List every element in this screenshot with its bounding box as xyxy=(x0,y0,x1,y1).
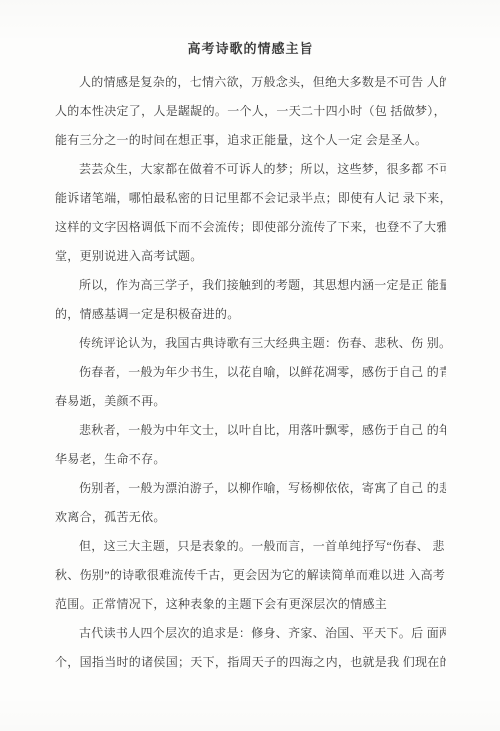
text-line: 能诉诸笔端，哪怕最私密的日记里都不会记录半点；即使有人记 录下来， xyxy=(55,184,446,213)
text-line: 华易老，生命不存。 xyxy=(55,445,446,474)
text-line: 秋、伤别”的诗歌很难流传千古，更会因为它的解读简单而难以进 入高考 xyxy=(55,561,446,590)
document-title: 高考诗歌的情感主旨 xyxy=(55,34,446,63)
text-line: 芸芸众生，大家都在做着不可诉人的梦；所以，这些梦，很多都 不可 xyxy=(55,155,446,184)
document-body: 人的情感是复杂的，七情六欲，万般念头，但绝大多数是不可告 人的。人的本性决定了，… xyxy=(55,68,446,677)
text-line: 古代读书人四个层次的追求是：修身、齐家、治国、平天下。后 面两 xyxy=(55,619,446,648)
text-line: 范围。正常情况下，这种表象的主题下会有更深层次的情感主 xyxy=(55,590,446,619)
text-line: 伤春者，一般为年少书生，以花自喻，以鲜花凋零，感伤于自己 的青 xyxy=(55,358,446,387)
text-line: 人的本性决定了，人是龌龊的。一个人，一天二十四小时（包 括做梦）， xyxy=(55,97,446,126)
text-line: 堂，更别说进入高考试题。 xyxy=(55,242,446,271)
text-line: 的，情感基调一定是积极奋进的。 xyxy=(55,300,446,329)
document-content: 高考诗歌的情感主旨 人的情感是复杂的，七情六欲，万般念头，但绝大多数是不可告 人… xyxy=(0,0,500,677)
text-line: 悲秋者，一般为中年文士，以叶自比，用落叶飘零，感伤于自己 的年 xyxy=(55,416,446,445)
text-line: 这样的文字因格调低下而不会流传；即使部分流传了下来，也登不了大雅之 xyxy=(55,213,446,242)
text-line: 春易逝，美颜不再。 xyxy=(55,387,446,416)
text-line: 个，国指当时的诸侯国；天下，指周天子的四海之内，也就是我 们现在的 xyxy=(55,648,446,677)
document-page: 高考诗歌的情感主旨 人的情感是复杂的，七情六欲，万般念头，但绝大多数是不可告 人… xyxy=(0,0,500,731)
text-line: 能有三分之一的时间在想正事，追求正能量，这个人一定 会是圣人。 xyxy=(55,126,446,155)
text-line: 人的情感是复杂的，七情六欲，万般念头，但绝大多数是不可告 人的。 xyxy=(55,68,446,97)
text-line: 但，这三大主题，只是表象的。一般而言，一首单纯抒写“伤春、 悲 xyxy=(55,532,446,561)
text-line: 伤别者，一般为漂泊游子，以柳作喻，写杨柳依依，寄寓了自己 的悲 xyxy=(55,474,446,503)
text-line: 所以，作为高三学子，我们接触到的考题，其思想内涵一定是正 能量 xyxy=(55,271,446,300)
text-line: 传统评论认为，我国古典诗歌有三大经典主题：伤春、悲秋、伤 别。 xyxy=(55,329,446,358)
text-line: 欢离合，孤苦无依。 xyxy=(55,503,446,532)
